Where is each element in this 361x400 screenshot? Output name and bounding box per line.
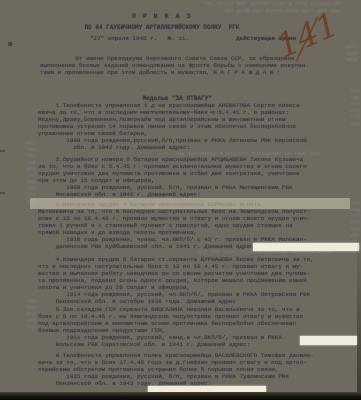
edge-tick xyxy=(0,150,5,152)
scan-right-edge xyxy=(357,230,361,400)
redaction-box xyxy=(253,243,359,251)
order-date: "27" апреля 1945 г. №. 11. xyxy=(90,35,189,42)
award-entry-1: 1.Телефониста управления 1 д-на красноар… xyxy=(38,102,356,151)
order-unit-line: ПО 84 ГАУБИЧНОМУ АРТИЛЛЕРИЙСКОМУ ПОЛКУ Р… xyxy=(12,24,312,31)
edge-tick xyxy=(0,192,5,194)
award-entry-6: 6.Телефониста управления полка красноарм… xyxy=(38,352,356,387)
scan-bottom-edge xyxy=(0,392,361,400)
bleedthrough-text: арх смл фнд опс лст xyxy=(2,298,36,331)
scanned-order-page: лш апреля 1945 и боев наград ком полка д… xyxy=(0,0,361,400)
order-title: П Р И К А З xyxy=(12,13,312,20)
margin-mark: ж xyxy=(8,42,12,49)
bleedthrough-text: прж овл снт арх фнд опс дел лст огн бат xyxy=(2,140,36,205)
award-entry-4: 4.Командира орудия 6 батареи ст.сержанта… xyxy=(38,256,356,305)
award-entry-2: 2.Орудийного номера 6 батареи красноарме… xyxy=(38,156,356,198)
award-heading-text: Медалью "ЗА ОТВАГУ" xyxy=(143,95,212,102)
redaction-box xyxy=(300,336,357,345)
